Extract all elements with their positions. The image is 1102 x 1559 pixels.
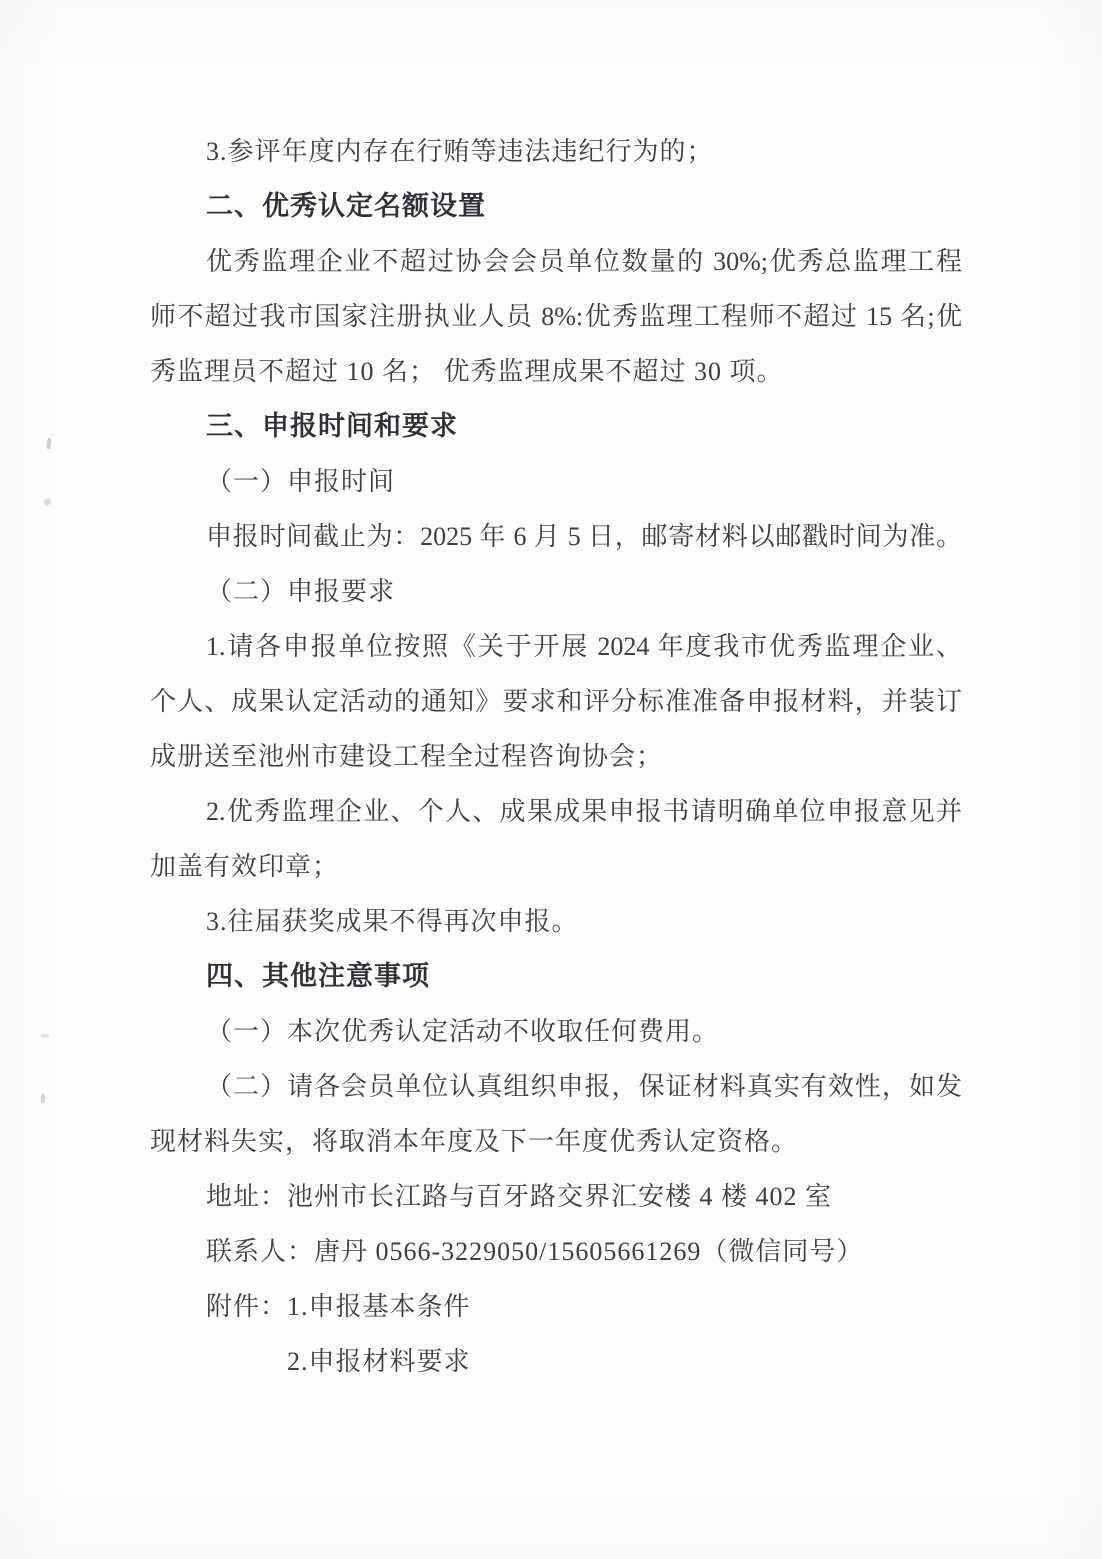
text-line: 申报时间截止为：2025 年 6 月 5 日，邮寄材料以邮戳时间为准。 — [150, 509, 962, 564]
scan-speck — [41, 1094, 45, 1103]
text-line: （一）申报时间 — [150, 454, 962, 509]
text-line: 3.参评年度内存在行贿等违法违纪行为的； — [150, 124, 962, 179]
scan-speck — [41, 1034, 49, 1037]
section-heading: 四、其他注意事项 — [150, 949, 962, 1004]
text-line: 地址：池州市长江路与百牙路交界汇安楼 4 楼 402 室 — [150, 1169, 962, 1224]
text-line: 附件：1.申报基本条件 — [150, 1279, 962, 1334]
text-line: 成册送至池州市建设工程全过程咨询协会； — [150, 729, 962, 784]
section-heading: 三、申报时间和要求 — [150, 399, 962, 454]
section-heading: 二、优秀认定名额设置 — [150, 179, 962, 234]
text-line: 2.申报材料要求 — [150, 1334, 962, 1389]
text-line: （二）申报要求 — [150, 564, 962, 619]
scan-speck — [46, 438, 51, 449]
text-line: （二）请各会员单位认真组织申报，保证材料真实有效性，如发 — [150, 1059, 962, 1114]
text-line: 优秀监理企业不超过协会会员单位数量的 30%;优秀总监理工程 — [150, 234, 962, 289]
text-line: 秀监理员不超过 10 名； 优秀监理成果不超过 30 项。 — [150, 344, 962, 399]
text-line: 师不超过我市国家注册执业人员 8%:优秀监理工程师不超过 15 名;优 — [150, 289, 962, 344]
text-line: 1.请各申报单位按照《关于开展 2024 年度我市优秀监理企业、 — [150, 619, 962, 674]
scanned-document-page: 3.参评年度内存在行贿等违法违纪行为的；二、优秀认定名额设置优秀监理企业不超过协… — [0, 0, 1102, 1559]
text-line: 2.优秀监理企业、个人、成果成果申报书请明确单位申报意见并 — [150, 784, 962, 839]
document-body: 3.参评年度内存在行贿等违法违纪行为的；二、优秀认定名额设置优秀监理企业不超过协… — [150, 124, 962, 1389]
text-line: 加盖有效印章； — [150, 839, 962, 894]
text-line: 现材料失实，将取消本年度及下一年度优秀认定资格。 — [150, 1114, 962, 1169]
scan-speck — [43, 498, 52, 506]
text-line: （一）本次优秀认定活动不收取任何费用。 — [150, 1004, 962, 1059]
text-line: 3.往届获奖成果不得再次申报。 — [150, 894, 962, 949]
text-line: 个人、成果认定活动的通知》要求和评分标准准备申报材料，并装订 — [150, 674, 962, 729]
text-line: 联系人：唐丹 0566-3229050/15605661269（微信同号） — [150, 1224, 962, 1279]
